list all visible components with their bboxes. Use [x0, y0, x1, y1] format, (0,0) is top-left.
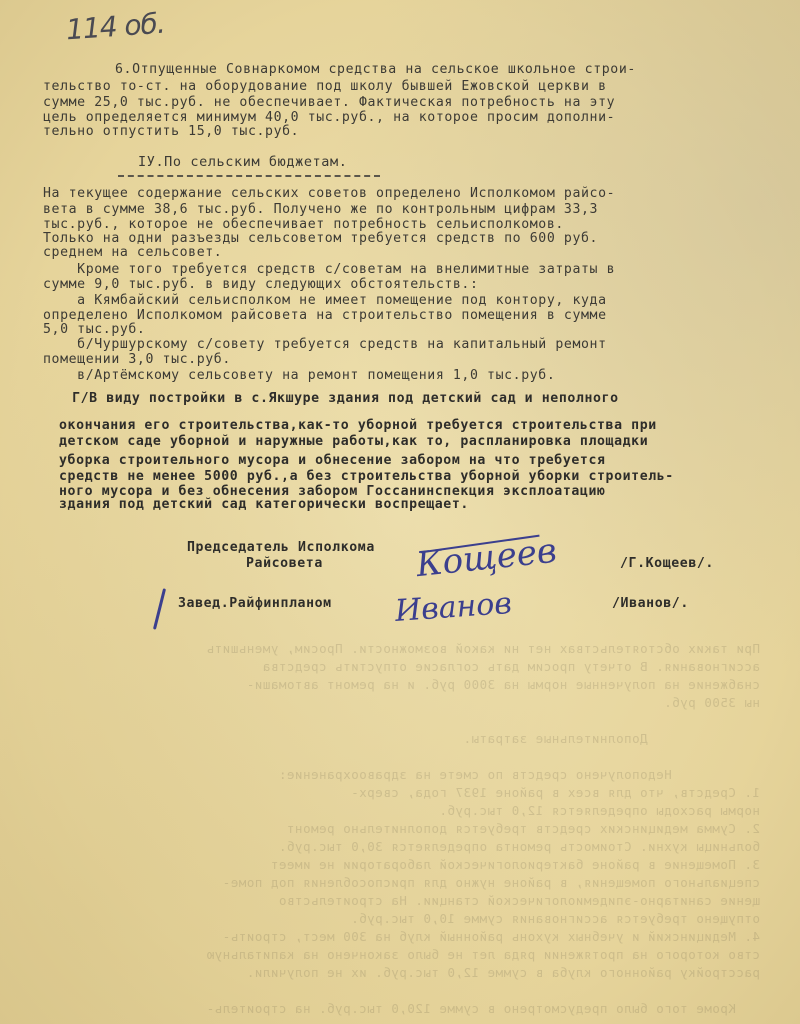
section-heading: IУ.По сельским бюджетам. [138, 155, 347, 170]
heading-underline [118, 175, 380, 177]
text-line: здания под детский сад категорически вос… [59, 497, 469, 512]
text-line: средств не менее 5000 руб.,а без строите… [59, 469, 674, 484]
text-line: 5,0 тыс.руб. [43, 322, 145, 337]
folio-number: 114 об. [65, 7, 166, 47]
chairman-title-2: Райсовета [246, 556, 323, 571]
text-line: а Кямбайский сельисполком не имеет помещ… [43, 293, 607, 308]
planning-head-name: /Иванов/. [612, 596, 689, 611]
text-line: б/Чуршурскому с/совету требуется средств… [43, 337, 607, 352]
text-line: вета в сумме 38,6 тыс.руб. Получено же п… [43, 202, 598, 217]
bleed-through-text: При таких обстоятельствах нет ни какой в… [30, 640, 760, 1020]
text-line: Кроме того требуется средств с/советам н… [43, 262, 615, 277]
text-line: тельно отпустить 15,0 тыс.руб. [43, 124, 299, 139]
text-line: На текущее содержание сельских советов о… [43, 186, 615, 201]
text-line: определено Исполкомом райсовета на строи… [43, 308, 607, 323]
text-line: тыс.руб., которое не обеспечивает потреб… [43, 217, 564, 232]
chairman-title: Председатель Исполкома [187, 540, 375, 555]
text-line: среднем на сельсовет. [43, 245, 222, 260]
text-line: Только на одни разъезды сельсоветом треб… [43, 231, 598, 246]
text-line: Г/В виду постройки в с.Якшуре здания под… [55, 391, 619, 406]
text-line: детском саде уборной и наружные работы,к… [59, 434, 648, 449]
text-line: сумме 9,0 тыс.руб. в виду следующих обст… [43, 277, 479, 292]
text-line: помещении 3,0 тыс.руб. [43, 352, 231, 367]
text-line: окончания его строительства,как-то уборн… [59, 418, 657, 433]
text-line: уборка строительного мусора и обнесение … [59, 453, 606, 468]
text-line: в/Артёмскому сельсовету на ремонт помеще… [43, 368, 555, 383]
text-line: 6.Отпущенные Совнаркомом средства на сел… [115, 62, 636, 77]
text-line: цель определяется минимум 40,0 тыс.руб.,… [43, 110, 615, 125]
planning-head-title: Завед.Райфинпланом [178, 596, 332, 611]
text-line: сумме 25,0 тыс.руб. не обеспечивает. Фак… [43, 95, 615, 110]
text-line: тельство то-ст. на оборудование под школ… [43, 79, 607, 94]
chairman-name: /Г.Кощеев/. [620, 556, 714, 571]
